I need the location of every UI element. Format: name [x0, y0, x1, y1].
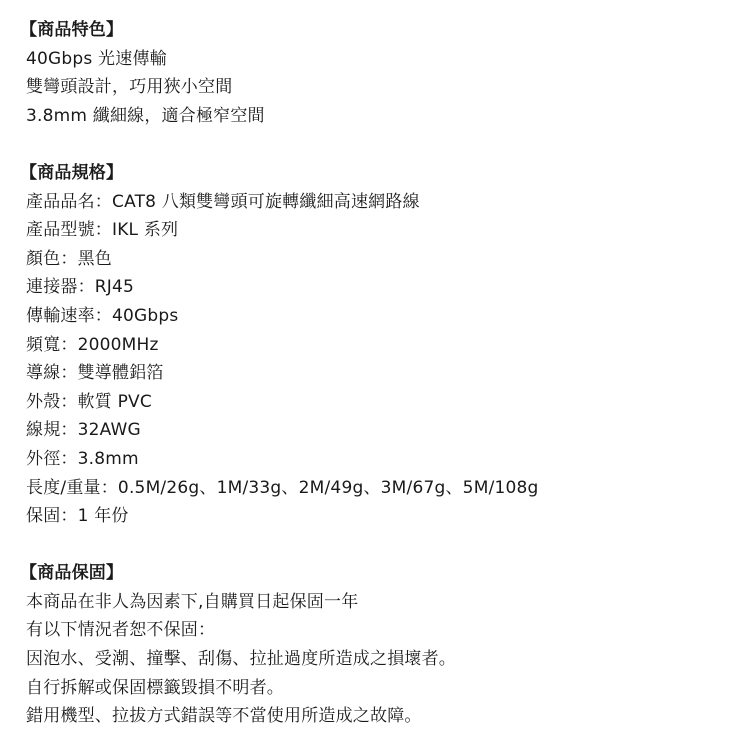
specs-heading: 【商品規格】 [20, 159, 750, 188]
warranty-line: 有以下情況者恕不保固： [26, 616, 750, 645]
warranty-line: 自行拆解或保固標籤毀損不明者。 [26, 674, 750, 703]
spec-connector: 連接器：RJ45 [26, 273, 750, 302]
spec-jacket: 外殼：軟質 PVC [26, 388, 750, 417]
features-heading: 【商品特色】 [20, 16, 750, 45]
spec-bandwidth: 頻寬：2000MHz [26, 331, 750, 360]
spec-color: 顏色：黑色 [26, 245, 750, 274]
spec-length-weight: 長度/重量：0.5M/26g、1M/33g、2M/49g、3M/67g、5M/1… [26, 474, 750, 503]
feature-line: 3.8mm 纖細線，適合極窄空間 [26, 102, 750, 131]
spacer [26, 130, 750, 159]
warranty-line: 本商品在非人為因素下,自購買日起保固一年 [26, 588, 750, 617]
spec-product-name: 產品品名：CAT8 八類雙彎頭可旋轉纖細高速網路線 [26, 188, 750, 217]
warranty-line: 因泡水、受潮、撞擊、刮傷、拉扯過度所造成之損壞者。 [26, 645, 750, 674]
warranty-heading: 【商品保固】 [20, 559, 750, 588]
warranty-section: 【商品保固】 本商品在非人為因素下,自購買日起保固一年 有以下情況者恕不保固： … [26, 559, 750, 731]
feature-line: 雙彎頭設計，巧用狹小空間 [26, 73, 750, 102]
spec-speed: 傳輸速率：40Gbps [26, 302, 750, 331]
spacer [26, 531, 750, 560]
features-section: 【商品特色】 40Gbps 光速傳輸 雙彎頭設計，巧用狹小空間 3.8mm 纖細… [26, 16, 750, 130]
specs-section: 【商品規格】 產品品名：CAT8 八類雙彎頭可旋轉纖細高速網路線 產品型號：IK… [26, 159, 750, 531]
spec-model: 產品型號：IKL 系列 [26, 216, 750, 245]
feature-line: 40Gbps 光速傳輸 [26, 45, 750, 74]
spec-gauge: 線規：32AWG [26, 416, 750, 445]
product-description: 【商品特色】 40Gbps 光速傳輸 雙彎頭設計，巧用狹小空間 3.8mm 纖細… [0, 0, 750, 731]
spec-diameter: 外徑：3.8mm [26, 445, 750, 474]
spec-warranty: 保固：1 年份 [26, 502, 750, 531]
warranty-line: 錯用機型、拉拔方式錯誤等不當使用所造成之故障。 [26, 702, 750, 731]
spec-conductor: 導線：雙導體鋁箔 [26, 359, 750, 388]
